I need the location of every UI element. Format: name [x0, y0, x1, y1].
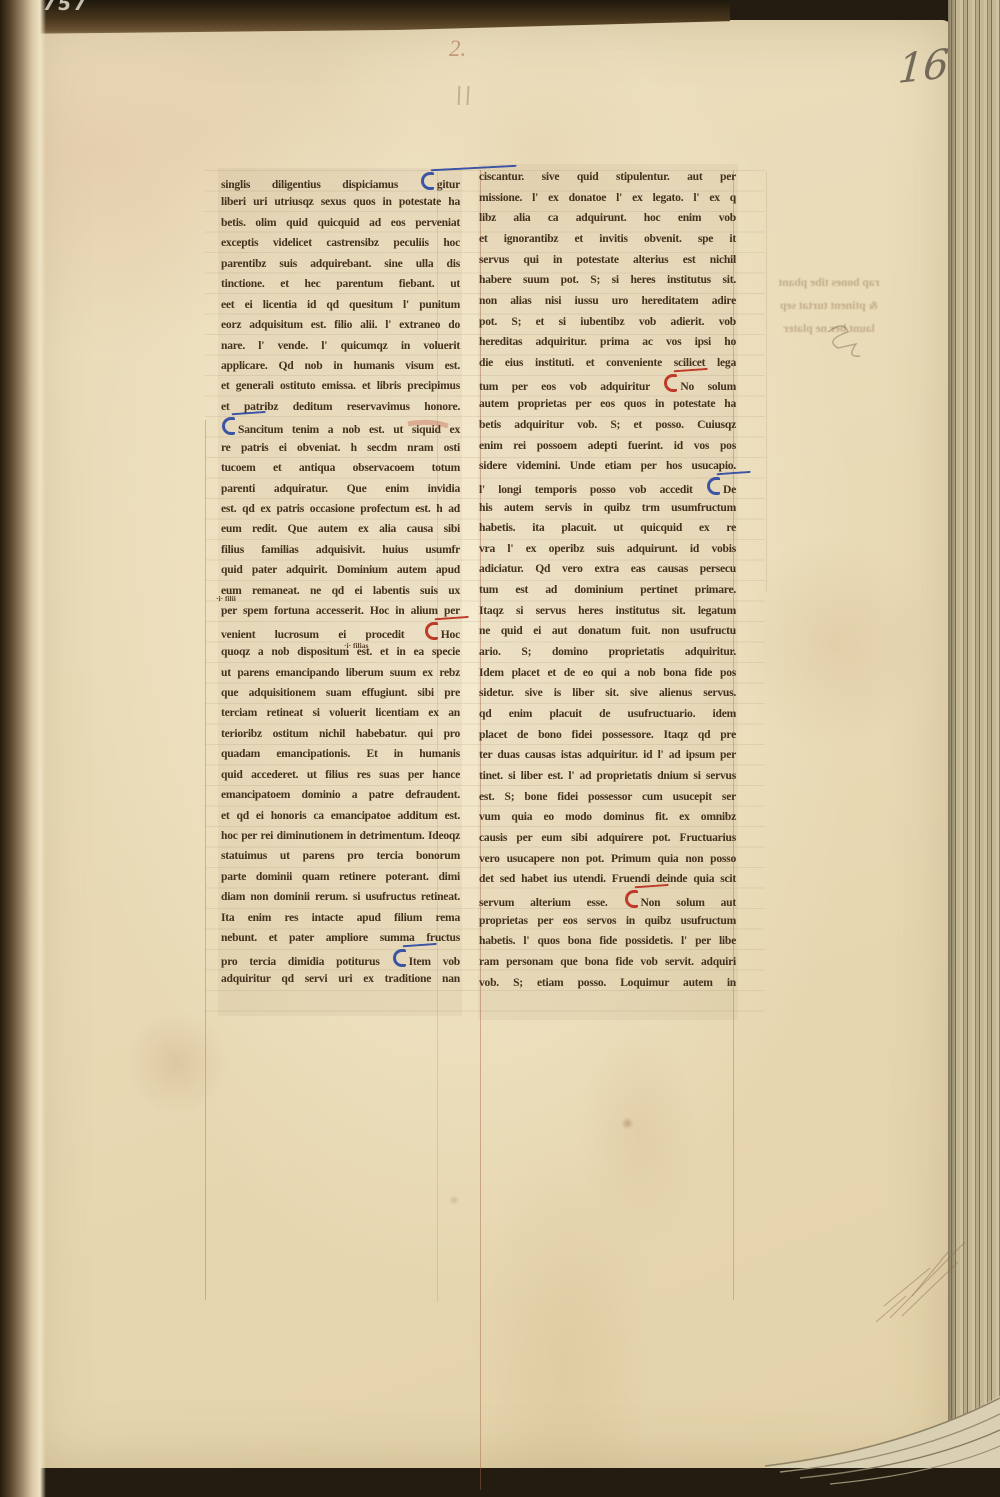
manuscript-text-line: placet de bono fidei possessore. Itaqz q…	[479, 725, 736, 746]
show-through-line: launt ber ne plater	[748, 318, 910, 341]
paraph-mark-red-icon	[625, 890, 638, 908]
pencil-mark-ii	[455, 86, 477, 106]
manuscript-text-line	[479, 993, 736, 1014]
paraph-mark-blue-icon	[222, 417, 235, 435]
manuscript-text-line: nare. l' vende. l' quicumqz in voluerit	[221, 336, 460, 356]
manuscript-text-line: habetis. l' quos bona fide possidetis. l…	[479, 931, 736, 952]
manuscript-text-line: vob. S; etiam posso. Loquimur autem in	[479, 973, 736, 994]
manuscript-text-line: et qd ei honoris ca emancipatoe additum …	[221, 806, 460, 826]
manuscript-text-line: det sed habet ius utendi. Fruendi deinde…	[479, 869, 736, 890]
manuscript-text-line: hereditas adquiritur. prima ac vos ipsi …	[479, 332, 736, 353]
manuscript-text-line: enim rei possoem adepti fuerint. id vos …	[479, 436, 736, 457]
paraph-mark-blue-icon	[707, 477, 720, 495]
manuscript-text-line: missione. l' ex donatoe l' ex legato. l'…	[479, 188, 736, 209]
manuscript-text-line: est. qd ex patris occasione profectum es…	[221, 499, 460, 519]
manuscript-text-line: autem proprietas per eos quos in potesta…	[479, 394, 736, 415]
manuscript-text-line: terioribz ostitum nichil habebatur. qui …	[221, 724, 460, 744]
folio-number: 16	[897, 41, 951, 93]
manuscript-text-line: proprietas per eos servos in quibz usufr…	[479, 911, 736, 932]
text-column-right: ciscantur. sive quid stipulentur. aut pe…	[479, 167, 736, 1014]
manuscript-text-line: ne quid ei aut donatum fuit. non usufruc…	[479, 621, 736, 642]
manuscript-text-line: exceptis videlicet castrensibz peculiis …	[221, 233, 460, 253]
manuscript-text-line: emancipatoem dominio a patre defraudent.	[221, 785, 460, 805]
margin-annotation-show-through: rap bones tibe pbant& ptinent turtat sep…	[748, 272, 910, 341]
manuscript-text-line: libz alia ca adquirunt. hoc enim vob	[479, 208, 736, 229]
manuscript-text-line: venient lucrosum ei procedit Hoc	[221, 622, 460, 642]
manuscript-text-line: parte dominii quam retinere poterant. di…	[221, 867, 460, 887]
manuscript-text-line: Idem placet et de eo qui a nob bona fide…	[479, 663, 736, 684]
manuscript-text-line: est. S; bone fidei possessor cum usucepi…	[479, 787, 736, 808]
show-through-line: & ptinent turtat sep	[748, 295, 910, 318]
interlinear-gloss: ·i· filias	[344, 641, 368, 650]
manuscript-text-line: liberi uri utriusqz sexus quos in potest…	[221, 192, 460, 212]
manuscript-text-line	[221, 990, 460, 1010]
manuscript-text-line: quadam emancipationis. Et in humanis	[221, 744, 460, 764]
manuscript-text-line: servus qui in potestate alterius est nic…	[479, 250, 736, 271]
manuscript-text-line: statuimus ut parens pro tercia bonorum	[221, 846, 460, 866]
manuscript-text-line: terciam retineat si voluerit licentiam e…	[221, 703, 460, 723]
manuscript-text-line: diam non dominii rerum. si usufructus re…	[221, 887, 460, 907]
manuscript-text-line: tum est ad dominium pertinet primare.	[479, 580, 736, 601]
manuscript-text-line: adquiritur qd servi uri ex traditione na…	[221, 969, 460, 989]
manuscript-text-line: Ita enim res intacte apud filium rema	[221, 908, 460, 928]
manuscript-text-line: eet ei licentia id qd quesitum l' punitu…	[221, 295, 460, 315]
manuscript-text-line: filius familias adquisivit. huius usumfr	[221, 540, 460, 560]
manuscript-text-line: adiciatur. Qd vero extra eas causas pers…	[479, 559, 736, 580]
manuscript-text-line: parenti adquiratur. Que enim invidia	[221, 479, 460, 499]
manuscript-text-line: causis per eum sibi adquirere pot. Fruct…	[479, 828, 736, 849]
manuscript-text-line: que adquisitionem suam effugiunt. sibi p…	[221, 683, 460, 703]
manuscript-text-line: sidere videmini. Unde etiam per hos usuc…	[479, 456, 736, 477]
manuscript-text-line: parentibz suis adquirebant. sine ulla di…	[221, 254, 460, 274]
manuscript-text-line: habetis. ita placuit. ut quicquid ex re	[479, 518, 736, 539]
paraph-mark-red-icon	[664, 374, 677, 392]
manuscript-text-line: ter duas causas istas adquiritur. id l' …	[479, 745, 736, 766]
interlinear-gloss: ·i· filii	[216, 594, 236, 603]
show-through-line: rap bones tibe pbant	[748, 272, 910, 295]
manuscript-text-line: l' longi temporis posso vob accedit De	[479, 477, 736, 498]
manuscript-text-line: et ignorantibz et invitis obvenit. spe i…	[479, 229, 736, 250]
manuscript-text-line: quid accederet. ut filius res suas per h…	[221, 765, 460, 785]
manuscript-text-line: his autem servis in quibz trm usumfructu…	[479, 498, 736, 519]
manuscript-text-line: per spem fortuna accesserit. Hoc in aliu…	[221, 601, 460, 621]
manuscript-text-line: re patris ei obveniat. h secdm nram osti	[221, 438, 460, 458]
binding-gutter	[0, 0, 46, 1497]
manuscript-photo: singlis diligentius dispiciamus giturlib…	[0, 0, 1000, 1497]
manuscript-text-line: servum alterium esse. Non solum aut	[479, 890, 736, 911]
manuscript-text-line: ram personam que bona fide vob servit. a…	[479, 952, 736, 973]
manuscript-text-line: quid pater adquirit. Dominium autem apud	[221, 560, 460, 580]
manuscript-text-line: pro tercia dimidia potiturus Item vob	[221, 949, 460, 969]
fore-edge-pages	[948, 0, 1000, 1468]
manuscript-text-line: vero usucapere non pot. Primum quia non …	[479, 849, 736, 870]
manuscript-text-line: qd enim placuit de usufructuario. idem	[479, 704, 736, 725]
ruling-line-right-b	[766, 172, 767, 592]
paraph-mark-blue-icon	[393, 949, 406, 967]
ruling-line-left-margin	[205, 420, 206, 1300]
manuscript-text-line: tum per eos vob adquiritur No solum	[479, 374, 736, 395]
manuscript-text-line: betis. olim quid quicquid ad eos perveni…	[221, 213, 460, 233]
manuscript-text-line: eorz adquisitum est. filio alii. l' extr…	[221, 315, 460, 335]
manuscript-text-line: vum quia eo modo dominus fit. ex omnibz	[479, 807, 736, 828]
manuscript-text-line: betis adquiritur vob. S; et posso. Cuius…	[479, 415, 736, 436]
manuscript-text-line: hoc per rei diminutionem in detrimentum.…	[221, 826, 460, 846]
paraph-mark-blue-icon	[421, 172, 434, 190]
manuscript-text-line: applicare. Qd nob in humanis visum est.	[221, 356, 460, 376]
paraph-mark-red-icon	[425, 622, 438, 640]
manuscript-text-line: eum remaneat. ne qd ei labentis suis ux	[221, 581, 460, 601]
quire-mark: 2.	[449, 36, 466, 62]
manuscript-text-line: sidetur. sive is liber sit. sive alienus…	[479, 683, 736, 704]
manuscript-text-line: non alias nisi iussu uro hereditatem adi…	[479, 291, 736, 312]
manuscript-text-line: ut parens emancipando liberum suum ex re…	[221, 663, 460, 683]
manuscript-text-line: vra l' ex operibz suis adquirunt. id vob…	[479, 539, 736, 560]
manuscript-text-line: tinet. si liber est. l' ad proprietatis …	[479, 766, 736, 787]
manuscript-text-line: ario. S; domino proprietatis adquiritur.	[479, 642, 736, 663]
manuscript-text-line: pot. S; et si iubentibz vob adierit. vob	[479, 312, 736, 333]
text-column-left: singlis diligentius dispiciamus giturlib…	[221, 172, 460, 1010]
manuscript-text-line: et generali ostituto emissa. et libris p…	[221, 376, 460, 396]
manuscript-text-line: tinctione. et hec parentum fiebant. ut	[221, 274, 460, 294]
manuscript-text-line: habere suum pot. S; si heres institutus …	[479, 270, 736, 291]
manuscript-text-line: singlis diligentius dispiciamus gitur	[221, 172, 460, 192]
manuscript-text-line: quoqz a nob dispositum est. et in ea spe…	[221, 642, 460, 662]
manuscript-text-line: Itaqz si servus heres institutus sit. le…	[479, 601, 736, 622]
manuscript-text-line: Sancitum tenim a nob est. ut siquid ex	[221, 417, 460, 437]
manuscript-text-line: ciscantur. sive quid stipulentur. aut pe…	[479, 167, 736, 188]
manuscript-text-line: tucoem et antiqua observacoem totum	[221, 458, 460, 478]
manuscript-text-line: eum redit. Que autem ex alia causa sibi	[221, 519, 460, 539]
